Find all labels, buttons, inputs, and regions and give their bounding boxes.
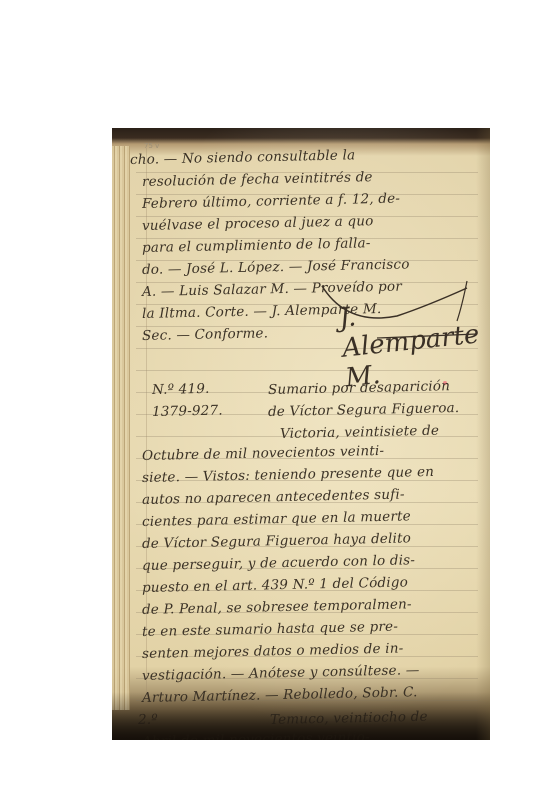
text-line: senten mejores datos o medios de in- (142, 639, 476, 662)
page-bottom-shadow (112, 692, 490, 740)
text-line: Febrero último, corriente a f. 12, de- (142, 189, 476, 212)
text-line: cho. — No siendo consultable la (130, 145, 476, 168)
folio-mark: 75 v (144, 142, 159, 150)
text-line: vuélvase el proceso al juez a quo (142, 211, 476, 234)
text-line: Victoria, veintisiete de (280, 422, 476, 442)
text-line: te en este sumario hasta que se pre- (142, 617, 476, 640)
text-line: vestigación. — Anótese y consúltese. — (142, 661, 476, 684)
case-number: 1379-927. (152, 403, 223, 420)
text-line: para el cumplimiento de lo falla- (142, 233, 476, 256)
text-line: siete. — Vistos: teniendo presente que e… (142, 463, 476, 486)
text-line: do. — José L. López. — José Francisco (142, 255, 476, 278)
text-line: puesto en el art. 439 N.º 1 del Código (142, 573, 476, 596)
text-line: Octubre de mil novecientos veinti- (142, 441, 476, 464)
case-heading: de Víctor Segura Figueroa. (268, 400, 476, 420)
page-edge-stack (112, 146, 130, 710)
case-heading: Sumario por desaparición (268, 378, 476, 398)
text-line: de Víctor Segura Figueroa haya delito (142, 529, 476, 552)
text-line: que perseguir, y de acuerdo con lo dis- (142, 551, 476, 574)
entry-number: N.º 419. (152, 381, 210, 398)
text-line: resolución de fecha veintitrés de (142, 167, 476, 190)
text-line: autos no aparecen antecedentes sufi- (142, 485, 476, 508)
text-line: cientes para estimar que en la muerte (142, 507, 476, 530)
text-line: de P. Penal, se sobresee temporalmen- (142, 595, 476, 618)
document-page: 75 v cho. — No siendo consultable la res… (112, 128, 490, 740)
